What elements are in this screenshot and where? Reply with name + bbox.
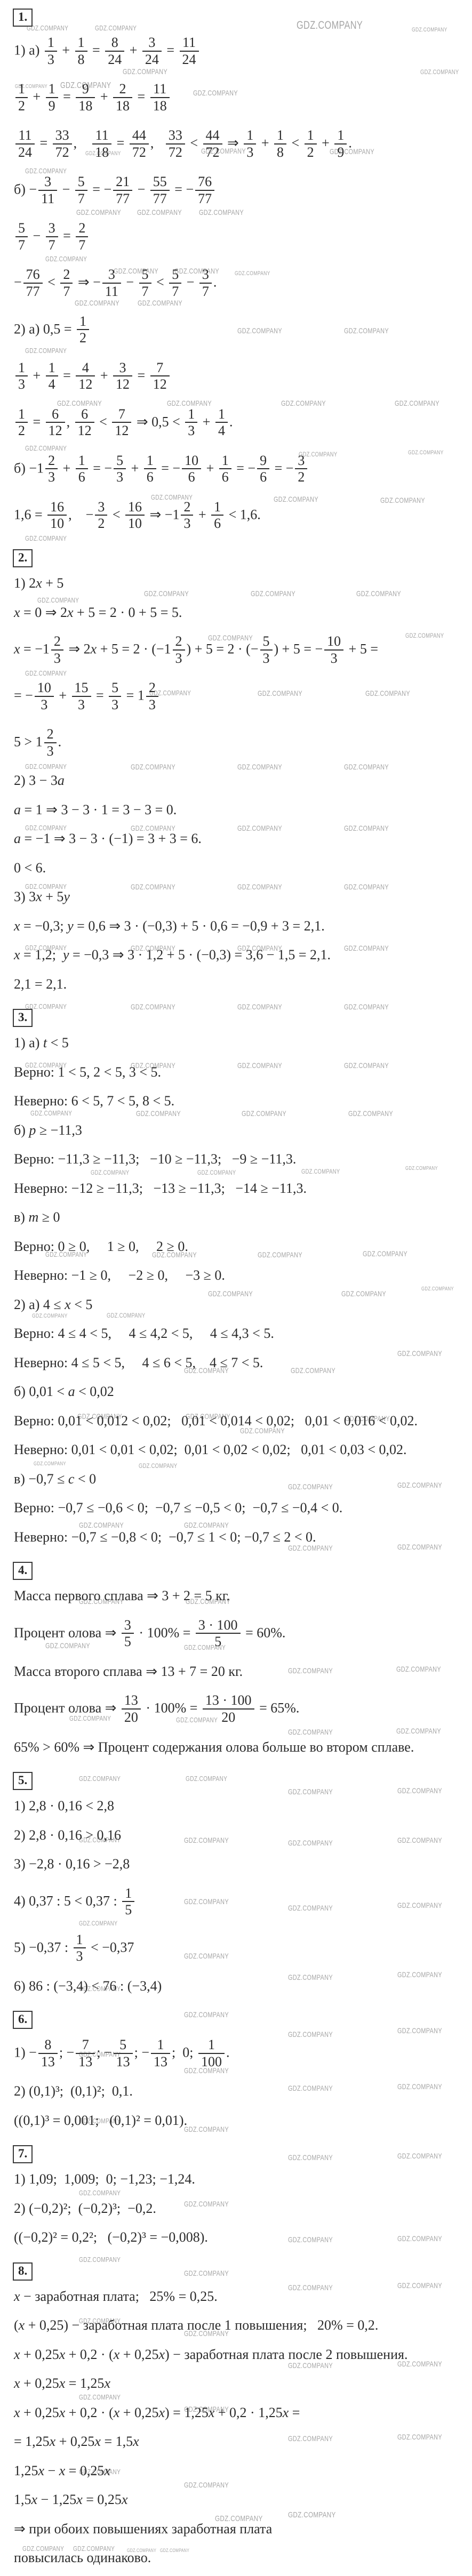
fraction: 7677 [23,267,43,299]
fraction: 3372 [53,128,72,159]
math-line: x = 0 ⇒ 2x + 5 = 2 · 0 + 5 = 5. [14,604,468,622]
math-line: в) −0,7 ≤ c < 0 [14,1471,468,1488]
math-line: 5) −0,37 : 13 < −0,37 [14,1931,468,1966]
fraction: 19 [46,82,58,113]
math-line: повысилась одинаково. [14,2549,468,2567]
math-line: Неверно: −1 ≥ 0, −2 ≥ 0, −3 ≥ 0. [14,1267,468,1285]
math-line: 12 + 19 = 918 + 218 = 1118 [14,81,468,115]
fraction: 311 [38,174,57,206]
fraction: 14 [46,360,58,392]
fraction: 612 [46,407,65,438]
section-3: 3.1) а) t < 5Верно: 1 < 5, 2 < 5, 3 < 5.… [14,1005,468,1546]
fraction: 1118 [92,128,111,159]
math-line: 12 = 612, 612 < 712 ⇒ 0,5 < 13 + 14. [14,406,468,440]
fraction: 1610 [125,500,145,531]
math-line: Верно: 1 < 5, 2 < 5, 3 < 5. [14,1064,468,1081]
math-line: Верно: −0,7 ≤ −0,6 < 0; −0,7 ≤ −0,5 < 0;… [14,1499,468,1517]
math-line: б) p ≥ −11,3 [14,1122,468,1139]
fraction: 106 [182,453,201,485]
math-line: a = −1 ⇒ 3 − 3 · (−1) = 3 + 3 = 6. [14,830,468,848]
section-5: 5.1) 2,8 · 0,16 < 2,82) 2,8 · 0,16 > 0,1… [14,1768,468,1995]
fraction: 16 [76,453,88,485]
math-line: x = −0,3; y = 0,6 ⇒ 3 · (−0,3) + 5 · 0,6… [14,918,468,935]
math-line: = −103 + 153 = 53 = 123 [14,679,468,714]
fraction: 14 [215,407,228,438]
section-7: 7.1) 1,09; 1,009; 0; −1,23; −1,24.2) (−0… [14,2141,468,2246]
fraction: 13 [244,128,256,159]
fraction: 712 [150,360,170,392]
fraction: 1610 [47,500,67,531]
math-line: 4) 0,37 : 5 < 0,37 : 15 [14,1885,468,1920]
fraction: 35 [122,1618,134,1649]
fraction: 23 [44,727,57,758]
fraction: 153 [72,680,91,712]
fraction: 312 [113,360,132,392]
section-1: 1.1) а) 13 + 18 = 824 + 324 = 112412 + 1… [14,4,468,533]
math-line: 5 > 123. [14,726,468,760]
fraction: 57 [75,174,87,206]
math-line: (x + 0,25) − заработная плата после 1 по… [14,2317,468,2334]
fraction: 513 [114,2037,133,2069]
math-line: Масса второго сплава ⇒ 13 + 7 = 20 кг. [14,1663,468,1681]
fraction: 23 [173,634,185,665]
section-4: 4.Масса первого сплава ⇒ 3 + 2 = 5 кг.Пр… [14,1558,468,1756]
fraction: 37 [46,221,58,252]
math-line: Верно: 4 ≤ 4 < 5, 4 ≤ 4,2 < 5, 4 ≤ 4,3 <… [14,1325,468,1343]
fraction: 2177 [113,174,132,206]
math-line: Верно: −11,3 ≥ −11,3; −10 ≥ −11,3; −9 ≥ … [14,1151,468,1168]
fraction: 12 [77,314,89,346]
math-line: x = 1,2; y = −0,3 ⇒ 3 · 1,2 + 5 · (−0,3)… [14,946,468,964]
math-line: 2) а) 0,5 = 12 [14,313,468,348]
math-line: Неверно: −12 ≥ −11,3; −13 ≥ −11,3; −14 ≥… [14,1180,468,1198]
math-line: Верно: 0 ≥ 0, 1 ≥ 0, 2 ≥ 0. [14,1238,468,1256]
fraction: 218 [113,82,132,113]
fraction: 23 [45,453,58,485]
math-line: 1,25x − x = 0,25x [14,2462,468,2480]
fraction: 4472 [203,128,222,159]
math-line: 2) (−0,2)²; (−0,2)³; −0,2. [14,2200,468,2218]
fraction: 18 [274,128,286,159]
fraction: 1124 [15,128,35,159]
math-line: Неверно: 4 ≤ 5 < 5, 4 ≤ 6 < 5, 4 ≤ 7 < 5… [14,1354,468,1372]
math-line: 1124 = 3372, 1118 = 4472, 3372 < 4472 ⇒ … [14,127,468,162]
math-line: 2) (0,1)³; (0,1)²; 0,1. [14,2083,468,2100]
math-line: Процент олова ⇒ 1320 · 100% = 13 · 10020… [14,1692,468,1727]
fraction: 13 [74,1932,86,1964]
math-line: x + 0,25x + 0,2 · (x + 0,25x) − заработн… [14,2346,468,2364]
math-line: Неверно: −0,7 ≤ −0,8 < 0; −0,7 ≤ 1 < 0; … [14,1529,468,1546]
fraction: 324 [142,35,162,67]
math-line: 3) 3x + 5y [14,888,468,906]
section-number-box: 3. [13,1009,33,1027]
math-line: 57 − 37 = 27 [14,220,468,254]
math-line: 1) −813; −713; −513; −113; 0; 1100. [14,2036,468,2071]
math-line: 2,1 = 2,1. [14,976,468,993]
math-line: ⇒ при обоих повышениях заработная плата [14,2521,468,2538]
solutions-content: 1.1) а) 13 + 18 = 824 + 324 = 112412 + 1… [14,4,468,2576]
fraction: 12 [15,407,28,438]
fraction: 13 · 10020 [203,1693,254,1724]
math-line: в) m ≥ 0 [14,1209,468,1226]
fraction: 57 [169,267,181,299]
fraction: 412 [76,360,95,392]
math-line: Процент олова ⇒ 35 · 100% = 3 · 1005 = 6… [14,1617,468,1651]
math-line: x − заработная плата; 25% = 0,25. [14,2288,468,2306]
math-line: 0 < 6. [14,860,468,877]
math-line: −7677 < 27 ⇒ −311 − 57 < 57 − 37. [14,266,468,301]
fraction: 4472 [130,128,149,159]
math-line: Неверно: 0,01 < 0,01 < 0,02; 0,01 < 0,02… [14,1441,468,1459]
fraction: 32 [95,500,107,531]
section-number-box: 7. [13,2145,33,2163]
fraction: 27 [76,221,88,252]
fraction: 23 [146,680,158,712]
math-line: 3) −2,8 · 0,16 > −2,8 [14,1856,468,1873]
math-line: 1,6 = 1610, −32 < 1610 ⇒ −123 + 16 < 1,6… [14,499,468,533]
fraction: 27 [60,267,73,299]
fraction: 16 [219,453,231,485]
fraction: 918 [76,82,95,113]
math-line: 2) а) 4 ≤ x < 5 [14,1296,468,1314]
fraction: 19 [334,128,347,159]
math-line: x = −123 ⇒ 2x + 5 = 2 · (−123) + 5 = 2 ·… [14,633,468,668]
fraction: 32 [295,453,307,485]
fraction: 96 [257,453,269,485]
math-line: x + 0,25x + 0,2 · (x + 0,25x) = 1,25x + … [14,2404,468,2422]
math-line: 1) 2x + 5 [14,575,468,592]
fraction: 103 [324,634,343,665]
fraction: 15 [122,1886,134,1917]
math-line: Верно: 0,01 < 0,012 < 0,02; 0,01 < 0,014… [14,1413,468,1430]
fraction: 311 [102,267,121,299]
fraction: 3372 [166,128,185,159]
math-line: 2) 2,8 · 0,16 > 0,16 [14,1827,468,1844]
fraction: 37 [199,267,212,299]
fraction: 1100 [198,2037,225,2069]
math-line: 2) 3 − 3a [14,772,468,790]
fraction: 13 [45,35,57,67]
fraction: 53 [260,634,273,665]
fraction: 824 [105,35,124,67]
fraction: 23 [181,500,193,531]
fraction: 813 [38,2037,58,2069]
fraction: 1124 [180,35,199,67]
math-line: 6) 86 : (−3,4) < 76 : (−3,4) [14,1978,468,1995]
fraction: 53 [109,680,121,712]
fraction: 5577 [150,174,170,206]
math-line: = 1,25x + 0,25x = 1,5x [14,2433,468,2451]
math-line: б) −123 + 16 = −53 + 16 = −106 + 16 = −9… [14,452,468,487]
fraction: 612 [75,407,94,438]
section-8: 8.x − заработная плата; 25% = 0,25.(x + … [14,2258,468,2567]
section-number-box: 1. [13,9,33,27]
fraction: 53 [114,453,126,485]
section-number-box: 4. [13,1562,33,1580]
math-line: a = 1 ⇒ 3 − 3 · 1 = 3 − 3 = 0. [14,801,468,819]
math-line: Масса первого сплава ⇒ 3 + 2 = 5 кг. [14,1587,468,1605]
section-number-box: 2. [13,549,33,567]
section-number-box: 6. [13,2011,33,2029]
math-line: 13 + 14 = 412 + 312 = 712 [14,359,468,394]
section-number-box: 5. [13,1772,33,1790]
math-line: 65% > 60% ⇒ Процент содержания олова бол… [14,1739,468,1756]
fraction: 7677 [195,174,214,206]
fraction: 1118 [150,82,170,113]
fraction: 16 [211,500,223,531]
fraction: 3 · 1005 [196,1618,241,1649]
fraction: 12 [15,82,28,113]
fraction: 57 [139,267,151,299]
math-line: x + 0,25x = 1,25x [14,2375,468,2393]
math-line: 1) а) 13 + 18 = 824 + 324 = 1124 [14,34,468,69]
math-line: Неверно: 6 < 5, 7 < 5, 8 < 5. [14,1093,468,1110]
math-line: 1) 2,8 · 0,16 < 2,8 [14,1797,468,1815]
math-solutions-page: GDZ.COMPANYGDZ.COMPANYGDZ.COMPANYGDZ.COM… [0,0,472,2576]
fraction: 113 [151,2037,170,2069]
math-line: 1,5x − 1,25x = 0,25x [14,2491,468,2509]
section-6: 6.1) −813; −713; −513; −113; 0; 1100.2) … [14,2007,468,2129]
math-line: 1) 1,09; 1,009; 0; −1,23; −1,24. [14,2171,468,2188]
fraction: 103 [35,680,54,712]
math-line: 1) а) t < 5 [14,1034,468,1052]
fraction: 713 [76,2037,95,2069]
fraction: 57 [15,221,28,252]
fraction: 23 [51,634,63,665]
fraction: 13 [15,360,28,392]
math-line: б) 0,01 < a < 0,02 [14,1383,468,1401]
fraction: 16 [144,453,156,485]
fraction: 12 [305,128,317,159]
section-number-box: 8. [13,2262,33,2281]
fraction: 1320 [122,1693,141,1724]
fraction: 712 [112,407,131,438]
fraction: 18 [75,35,87,67]
section-2: 2.1) 2x + 5x = 0 ⇒ 2x + 5 = 2 · 0 + 5 = … [14,545,468,993]
fraction: 13 [185,407,197,438]
math-line: ((0,1)³ = 0,001; (0,1)² = 0,01). [14,2112,468,2130]
math-line: б) −311 − 57 = −2177 − 5577 = −7677 [14,173,468,208]
math-line: ((−0,2)² = 0,2²; (−0,2)³ = −0,008). [14,2229,468,2246]
